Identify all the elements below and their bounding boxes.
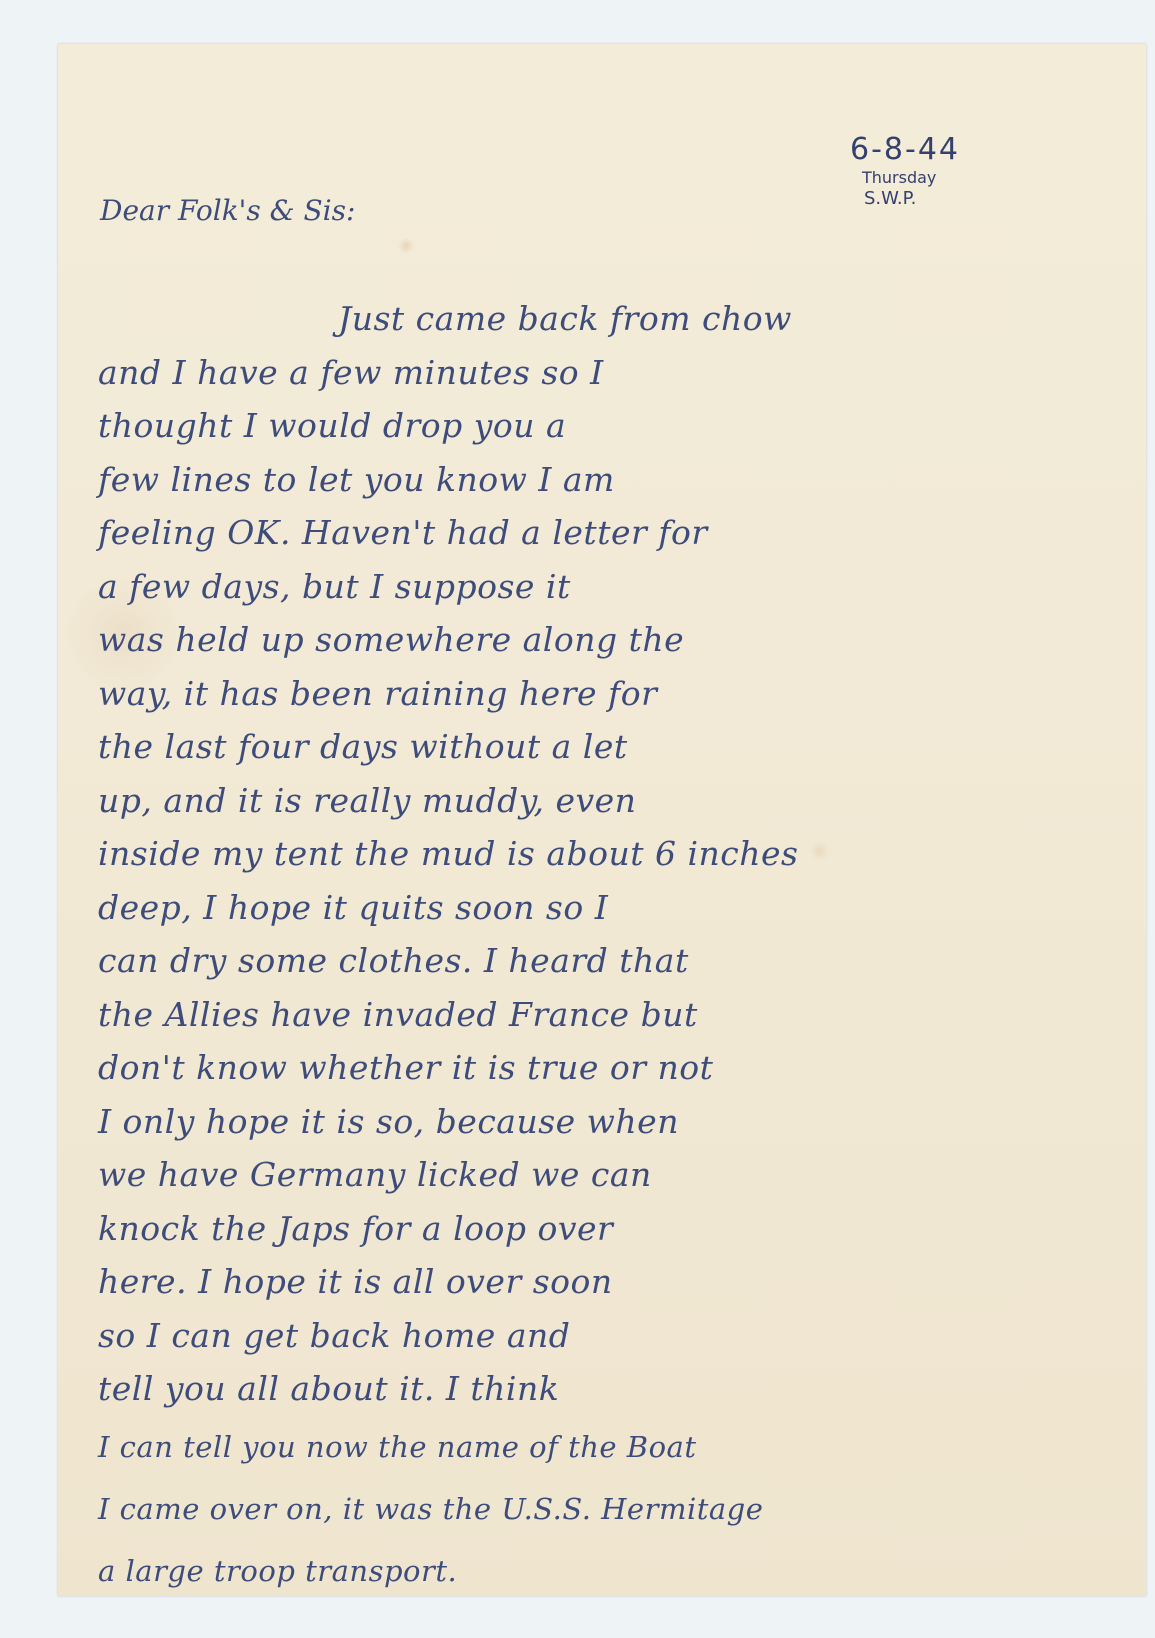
letter-body: Just came back from chow and I have a fe… — [98, 292, 1108, 1602]
letter-line: don't know whether it is true or not — [98, 1041, 1108, 1095]
letter-line: was held up somewhere along the — [98, 613, 1108, 667]
letter-line: so I can get back home and — [98, 1309, 1108, 1363]
letter-paper: 6-8-44 Thursday S.W.P. Dear Folk's & Sis… — [58, 44, 1146, 1596]
letter-line: way, it has been raining here for — [98, 667, 1108, 721]
letter-line: can dry some clothes. I heard that — [98, 934, 1108, 988]
letter-line: feeling OK. Haven't had a letter for — [98, 506, 1108, 560]
letter-line: here. I hope it is all over soon — [98, 1255, 1108, 1309]
letter-line: and I have a few minutes so I — [98, 346, 1108, 400]
letter-line: thought I would drop you a — [98, 399, 1108, 453]
letter-line: the last four days without a let — [98, 720, 1108, 774]
letter-line: Just came back from chow — [98, 292, 1108, 346]
letter-line: I came over on, it was the U.S.S. Hermit… — [98, 1478, 1108, 1540]
letter-location: S.W.P. — [864, 188, 960, 210]
letter-day: Thursday — [862, 168, 960, 188]
letter-line: knock the Japs for a loop over — [98, 1202, 1108, 1256]
salutation: Dear Folk's & Sis: — [100, 194, 355, 227]
letter-line: deep, I hope it quits soon so I — [98, 881, 1108, 935]
letter-line: few lines to let you know I am — [98, 453, 1108, 507]
letter-line: tell you all about it. I think — [98, 1362, 1108, 1416]
letter-line: inside my tent the mud is about 6 inches — [98, 827, 1108, 881]
letter-line: a large troop transport. — [98, 1540, 1108, 1602]
letter-line: I can tell you now the name of the Boat — [98, 1416, 1108, 1478]
letter-line: I only hope it is so, because when — [98, 1095, 1108, 1149]
letter-date: 6-8-44 — [850, 132, 960, 168]
letter-line: the Allies have invaded France but — [98, 988, 1108, 1042]
date-header: 6-8-44 Thursday S.W.P. — [850, 132, 960, 210]
letter-line: a few days, but I suppose it — [98, 560, 1108, 614]
letter-line: we have Germany licked we can — [98, 1148, 1108, 1202]
letter-line: up, and it is really muddy, even — [98, 774, 1108, 828]
